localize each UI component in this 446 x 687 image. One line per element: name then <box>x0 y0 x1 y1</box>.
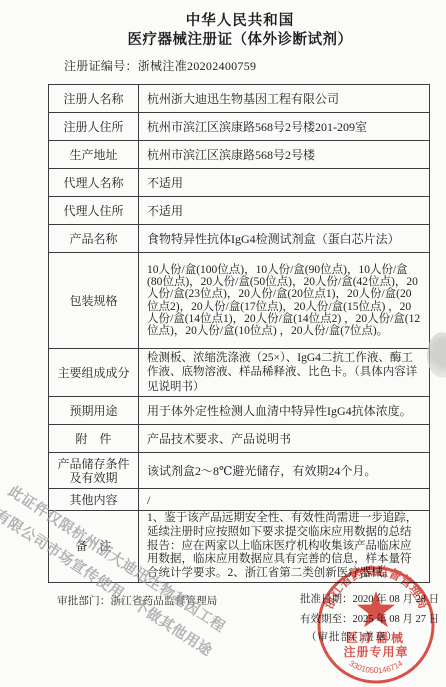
registration-number-label: 注册证编号： <box>64 59 138 73</box>
stamp-number: 3301050146714 <box>348 659 405 676</box>
row-label: 预期用途 <box>49 397 139 425</box>
table-row-product-name: 产品名称 食物特异性抗体IgG4检测试剂盒（蛋白芯片法） <box>49 225 430 253</box>
title-certificate-type: 医疗器械注册证（体外诊断试剂） <box>48 31 432 50</box>
stamp-star-icon <box>357 591 395 627</box>
row-value: 食物特异性抗体IgG4检测试剂盒（蛋白芯片法） <box>139 225 430 253</box>
table-row-other-content: 其他内容 / <box>49 489 430 511</box>
row-value: 杭州浙大迪迅生物基因工程有限公司 <box>139 85 430 113</box>
row-label: 备 注 <box>49 511 139 583</box>
table-row-agent-name: 代理人名称 不适用 <box>49 169 430 197</box>
official-red-stamp: 浙江省药品监督管理局 医疗器械 注册专用章 3301050146714 <box>313 562 439 687</box>
row-value: 该试剂盒2～8℃避光储存，有效期24个月。 <box>139 453 430 489</box>
registration-number-line: 注册证编号：浙械注准20202400759 <box>64 57 256 74</box>
row-value: / <box>139 489 430 511</box>
row-label: 注册人住所 <box>49 113 139 141</box>
table-row-packaging-spec: 包装规格 10人份/盒(100位点)，10人份/盒(90位点)，10人份/盒(8… <box>49 253 430 349</box>
title-country: 中华人民共和国 <box>48 12 432 31</box>
table-row-production-address: 生产地址 杭州市滨江区滨康路568号2号楼 <box>49 141 430 169</box>
row-value: 检测板、浓缩洗涤液（25×）、IgG4二抗工作液、酶工作液、底物溶液、样品稀释液… <box>139 349 430 397</box>
row-label: 包装规格 <box>49 253 139 349</box>
row-label: 生产地址 <box>49 141 139 169</box>
row-label: 产品名称 <box>49 225 139 253</box>
registration-number-value: 浙械注准20202400759 <box>138 59 257 73</box>
row-label: 产品储存条件及有效期 <box>49 453 139 489</box>
row-label: 主要组成成分 <box>49 349 139 397</box>
row-value: 用于体外定性检测人血清中特异性IgG4抗体浓度。 <box>139 397 430 425</box>
row-value: 不适用 <box>139 197 430 225</box>
table-row-main-components: 主要组成成分 检测板、浓缩洗涤液（25×）、IgG4二抗工作液、酶工作液、底物溶… <box>49 349 430 397</box>
stamp-center-line2: 注册专用章 <box>343 644 408 659</box>
row-label: 注册人名称 <box>49 85 139 113</box>
row-label: 代理人住所 <box>49 197 139 225</box>
row-label: 代理人名称 <box>49 169 139 197</box>
table-row-storage-validity: 产品储存条件及有效期 该试剂盒2～8℃避光储存，有效期24个月。 <box>49 453 430 489</box>
row-value: 杭州市滨江区滨康路568号2号楼201-209室 <box>139 113 430 141</box>
table-row-registrant-address: 注册人住所 杭州市滨江区滨康路568号2号楼201-209室 <box>49 113 430 141</box>
row-value: 不适用 <box>139 169 430 197</box>
table-row-registrant-name: 注册人名称 杭州浙大迪迅生物基因工程有限公司 <box>49 85 430 113</box>
row-value: 产品技术要求、产品说明书 <box>139 425 430 453</box>
table-row-attachments: 附 件 产品技术要求、产品说明书 <box>49 425 430 453</box>
document-title: 中华人民共和国 医疗器械注册证（体外诊断试剂） <box>48 12 432 50</box>
table-row-agent-address: 代理人住所 不适用 <box>49 197 430 225</box>
row-value: 杭州市滨江区滨康路568号2号楼 <box>139 141 430 169</box>
table-row-intended-use: 预期用途 用于体外定性检测人血清中特异性IgG4抗体浓度。 <box>49 397 430 425</box>
certificate-table: 注册人名称 杭州浙大迪迅生物基因工程有限公司 注册人住所 杭州市滨江区滨康路56… <box>48 84 430 583</box>
certificate-page: 中华人民共和国 医疗器械注册证（体外诊断试剂） 注册证编号：浙械注准202024… <box>0 0 446 687</box>
row-label: 其他内容 <box>49 489 139 511</box>
stamp-center-line1: 医疗器械 <box>346 630 406 645</box>
row-label: 附 件 <box>49 425 139 453</box>
row-value: 10人份/盒(100位点)，10人份/盒(90位点)，10人份/盒(80位点)，… <box>139 253 430 349</box>
svg-text:3301050146714: 3301050146714 <box>348 659 405 676</box>
approval-department: 审批部门：浙江省药品监督管理局 <box>57 593 218 608</box>
